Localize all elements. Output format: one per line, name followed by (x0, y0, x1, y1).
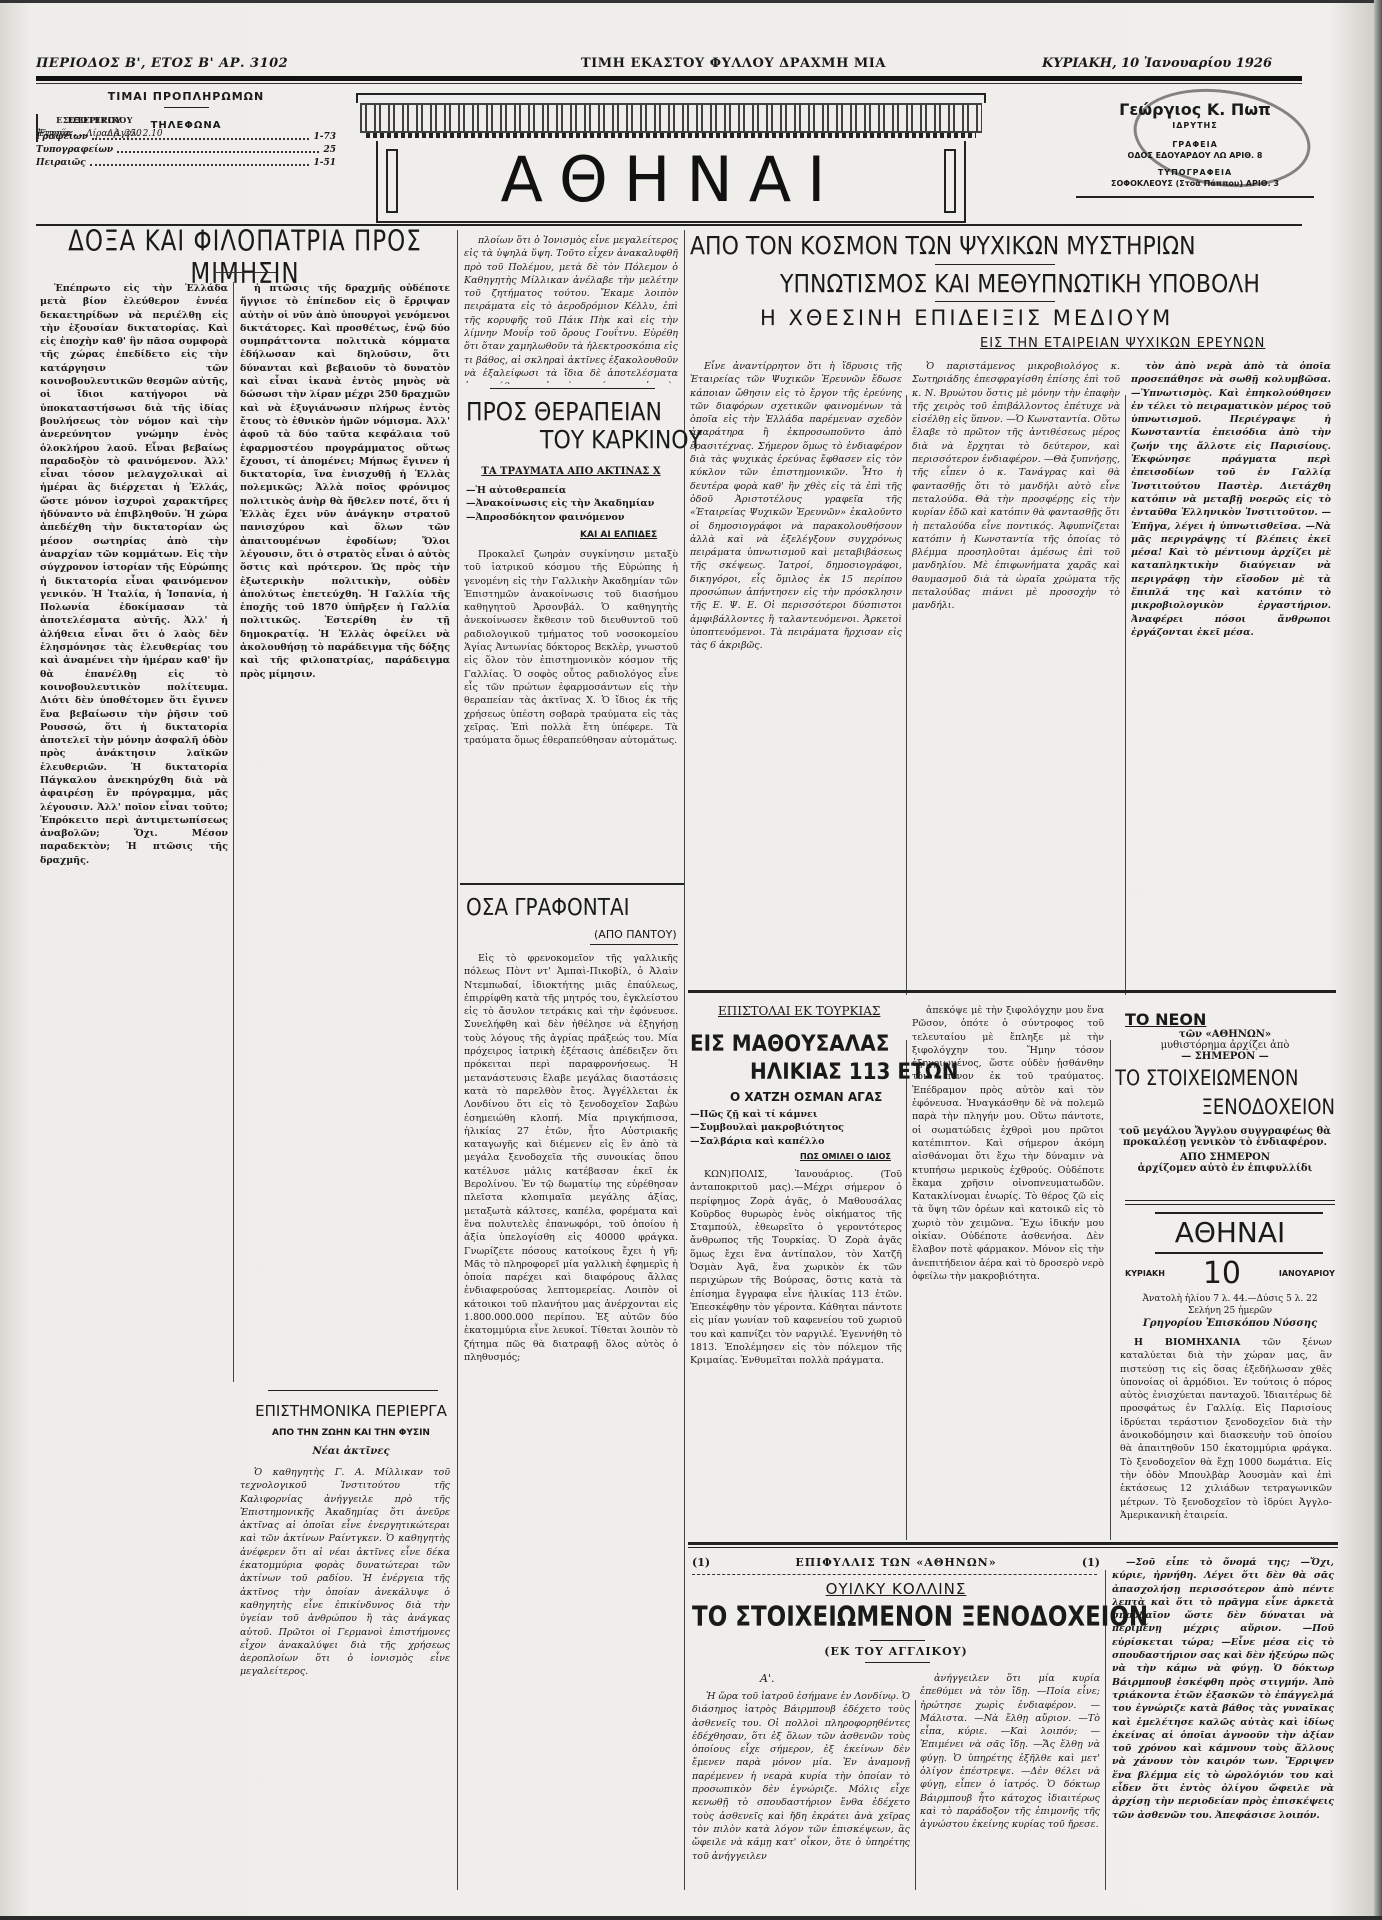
section-divider (490, 388, 655, 389)
bullet-item: —Συμβουλαὶ μακροβιότητος (690, 1121, 902, 1134)
price-line: ΤΙΜΗ ΕΚΑΣΤΟΥ ΦΥΛΛΟΥ ΔΡΑΧΜΗ ΜΙΑ (581, 56, 886, 71)
issue-line: ΠΕΡΙΟΔΟΣ Β', ΕΤΟΣ Β' ΑΡ. 3102 (36, 56, 288, 71)
serial-title: ΤΟ ΣΤΟΙΧΕΙΩΜΕΝΟΝ ΞΕΝΟΔΟΧΕΙΟΝ (692, 1601, 1100, 1632)
promo-title-1: ΤΟ ΣΤΟΙΧΕΙΩΜΕΝΟΝ (1115, 1066, 1335, 1091)
psychic-headline-2: ΥΠΝΩΤΙΣΜΟΣ ΚΑΙ ΜΕΘΥΠΝΩΤΙΚΗ ΥΠΟΒΟΛΗ (780, 270, 1260, 299)
prices-heading: ΤΙΜΑΙ ΠΡΟΠΛΗΡΩΜΩΝ (36, 90, 336, 103)
almanac-weekday: ΚΥΡΙΑΚΗ (1125, 1269, 1165, 1278)
promo-line-1: τῶν «ΑΘΗΝΩΝ» (1115, 1029, 1335, 1040)
article-text: Ἡ ὥρα τοῦ ἰατροῦ ἐσήμανε ἐν Λονδίνῳ. Ὁ δ… (692, 1690, 910, 1863)
promo-line-3: — ΣΗΜΕΡΟΝ — (1115, 1051, 1335, 1062)
serial-subtitle: (ΕΚ ΤΟΥ ΑΓΓΛΙΚΟΥ) (692, 1645, 1100, 1658)
phone-value: 1-73 (313, 131, 336, 144)
science-headline: ΕΠΙΣΤΗΜΟΝΙΚΑ ΠΕΡΙΕΡΓΑ (246, 1402, 456, 1420)
article-text: πλοίων ὅτι ὁ Ἰονισμὸς εἶνε μεγαλείτερος … (464, 234, 678, 384)
phone-value: 1-51 (313, 157, 336, 170)
cancer-headline-1: ΠΡΟΣ ΘΕΡΑΠΕΙΑΝ (466, 398, 662, 427)
column-divider (915, 1700, 916, 1890)
article-text: Ὁ καθηγητὴς Γ. Α. Μίλλικαν τοῦ τεχνολογι… (240, 1466, 450, 1679)
page-bottom-edge (0, 1916, 1382, 1920)
misc-subhead: (ΑΠΟ ΠΑΝΤΟΥ) (594, 928, 677, 941)
cancer-subhead: ΤΑ ΤΡΑΥΜΑΤΑ ΑΠΟ ΑΚΤΙΝΑΣ Χ (464, 466, 678, 477)
publisher-info: Γεώργιος Κ. Πωπ ΙΔΡΥΤΗΣ ΓΡΑΦΕΙΑ ΟΔΟΣ ΕΔΟ… (1070, 100, 1320, 198)
cancer-bullets: —Ἡ αὐτοθεραπεία —Ἀνακοίνωσις εἰς τὴν Ἀκα… (466, 484, 680, 528)
turkey-headline-1: ΕΙΣ ΜΑΘΟΥΣΑΛΑΣ (690, 1030, 889, 1056)
phone-row: Πειραιῶς1-51 (36, 157, 336, 170)
headline-underline (935, 301, 1055, 302)
turkey-col-1: ΚΩΝ)ΠΟΛΙΣ, Ἰανουάριος. (Τοῦ ἀνταποκριτοῦ… (690, 1168, 902, 1538)
phone-value: 25 (323, 144, 336, 157)
masthead-rule-thin (36, 83, 1302, 84)
misc-article: Εἰς τὸ φρενοκομεῖον τῆς γαλλικῆς πόλεως … (464, 952, 678, 1886)
almanac-lead: Η ΒΙΟΜΗΧΑΝΙΑ (1134, 1337, 1240, 1348)
serial-number: (1) (692, 1556, 710, 1569)
foreign-price: ΕΞΩΤΕΡΙΚΟΥ Ἐτησία . . Λίραι Ἀγγλ. 2.10 (36, 114, 163, 142)
promo-description: τοῦ μεγάλου Ἄγγλου συγγραφέως θὰ προκαλέ… (1115, 1126, 1335, 1148)
article-text: Ἐπέπρωτο εἰς τὴν Ἑλλάδα μετὰ βίον ἐλεύθε… (40, 282, 228, 867)
column-divider (684, 230, 685, 1890)
section-divider (1155, 1212, 1323, 1214)
section-divider (1125, 1204, 1335, 1205)
serial-col-3: —Σοῦ εἶπε τὸ ὄνομά της; —Ὄχι, κύριε, ἠρν… (1112, 1556, 1334, 1886)
serial-author: ΟΥΙΛΚΥ ΚΟΛΛΙΝΣ (692, 1580, 1100, 1598)
column-divider (906, 395, 907, 995)
serial-chapter: Α'. (760, 1672, 774, 1685)
page-top-edge (0, 0, 1382, 3)
phone-label: Τυπογραφείων (36, 144, 113, 157)
article-text: Προκαλεῖ ζωηρὰν συγκίνησιν μεταξὺ τοῦ ἰα… (464, 548, 678, 747)
lead-article-col-2: ἡ πτῶσις τῆς δραχμῆς οὐδέποτε ἤγγισε τὸ … (240, 282, 450, 1367)
serial-label: ΕΠΙΦΥΛΛΙΣ ΤΩΝ «ΑΘΗΝΩΝ» (795, 1556, 996, 1569)
article-text: τὸν ἀπὸ νερὰ ἀπὸ τὰ ὁποῖα προσεπάθησε νὰ… (1131, 360, 1331, 639)
lead-article-col-1: Ἐπέπρωτο εἰς τὴν Ἑλλάδα μετὰ βίον ἐλεύθε… (40, 282, 228, 1886)
almanac-title: ΑΘΗΝΑΙ (1125, 1216, 1335, 1249)
bullet-item: —Σαλβάρια καὶ καπέλλο (690, 1135, 902, 1148)
publisher-name: Γεώργιος Κ. Πωπ (1070, 100, 1320, 119)
press-address: ΣΟΦΟΚΛΕΟΥΣ (Στοὰ Πάππου) ΑΡΙΘ. 3 (1070, 179, 1320, 188)
promo-line-2: μυθιστόρημα ἀρχίζει ἀπὸ (1115, 1040, 1335, 1051)
section-divider (688, 1542, 1338, 1545)
article-text: τῶν ξένων καταλύεται διὰ τὴν χώραν μας, … (1120, 1337, 1332, 1521)
foreign-label: ΕΞΩΤΕΡΙΚΟΥ (38, 114, 163, 127)
misc-headline: ΟΣΑ ΓΡΑΦΟΝΤΑΙ (466, 893, 630, 921)
almanac-date: ΚΥΡΙΑΚΗ 10 ΙΑΝΟΥΑΡΙΟΥ (1125, 1256, 1335, 1291)
subhead-underline (590, 944, 678, 945)
section-divider (688, 990, 1336, 993)
article-text: Εἰς τὸ φρενοκομεῖον τῆς γαλλικῆς πόλεως … (464, 952, 678, 1364)
bullet-item: —Πῶς ζῇ καὶ τί κάμνει (690, 1108, 902, 1121)
serial-col-2: ἀνήγγειλεν ὅτι μία κυρία ἐπεθύμει νὰ τὸν… (920, 1672, 1100, 1886)
date-line: ΚΥΡΙΑΚΗ, 10 Ἰανουαρίου 1926 (1042, 56, 1272, 71)
almanac-saint: Γρηγορίου Ἐπισκόπου Νύσσης (1125, 1318, 1335, 1329)
subtitle-underline (865, 1662, 930, 1663)
article-text: ἡ πτῶσις τῆς δραχμῆς οὐδέποτε ἤγγισε τὸ … (240, 282, 450, 681)
article-text: Ὁ παριστάμενος μικροβιολόγος κ. Σωτηριάδ… (912, 360, 1120, 613)
psychic-subhead: ΕΙΣ ΤΗΝ ΕΤΑΙΡΕΙΑΝ ΨΥΧΙΚΩΝ ΕΡΕΥΝΩΝ (980, 336, 1265, 351)
cancer-article: Προκαλεῖ ζωηρὰν συγκίνησιν μεταξὺ τοῦ ἰα… (464, 548, 678, 880)
masthead-rule (36, 76, 1302, 81)
turkey-bullets: —Πῶς ζῇ καὶ τί κάμνει —Συμβουλαὶ μακροβι… (690, 1108, 902, 1150)
divider (164, 107, 209, 108)
wavy-divider (692, 1574, 1097, 1576)
page-right-edge (1374, 0, 1382, 1920)
turkey-kicker: ΠΩΣ ΟΜΙΛΕΙ Ο ΙΔΙΟΣ (800, 1152, 891, 1161)
section-divider (1125, 1200, 1335, 1201)
article-text: ΚΩΝ)ΠΟΛΙΣ, Ἰανουάριος. (Τοῦ ἀνταποκριτοῦ… (690, 1168, 902, 1367)
promo-label: ΤΟ ΝΕΟΝ (1125, 1010, 1335, 1029)
title-underline (870, 1640, 925, 1641)
foreign-value: Ἐτησία . . Λίραι Ἀγγλ. 2.10 (38, 129, 163, 139)
article-text: ἀπεκόψε μὲ τὴν ξιφολόγχην μου ἕνα Ρῶσον,… (912, 1004, 1104, 1283)
section-divider (1155, 1252, 1323, 1254)
bullet-item: —Ἡ αὐτοθεραπεία (466, 484, 680, 497)
article-text: ἀνήγγειλεν ὅτι μία κυρία ἐπεθύμει νὰ τὸν… (920, 1672, 1100, 1832)
lead-headline: ΔΟΞΑ ΚΑΙ ΦΙΛΟΠΑΤΡΙΑ ΠΡΟΣ ΜΙΜΗΣΙΝ (40, 226, 450, 291)
serial-col-1: Ἡ ὥρα τοῦ ἰατροῦ ἐσήμανε ἐν Λονδίνῳ. Ὁ δ… (692, 1690, 910, 1886)
psychic-headline-1: ΑΠΟ ΤΟΝ ΚΟΣΜΟΝ ΤΩΝ ΨΥΧΙΚΩΝ ΜΥΣΤΗΡΙΩΝ (690, 232, 1196, 261)
article-text: Εἶνε ἀναντίρρητον ὅτι ἡ ἵδρυσις τῆς Ἑται… (690, 360, 902, 653)
newspaper-page: ΠΕΡΙΟΔΟΣ Β', ΕΤΟΣ Β' ΑΡ. 3102 ΤΙΜΗ ΕΚΑΣΤ… (0, 0, 1382, 1920)
almanac-day: 10 (1203, 1256, 1241, 1291)
almanac-moon: Σελήνη 25 ἡμερῶν (1125, 1306, 1335, 1316)
turkey-col-2: ἀπεκόψε μὲ τὴν ξιφολόγχην μου ἕνα Ρῶσον,… (912, 1004, 1104, 1538)
psychic-col-1: Εἶνε ἀναντίρρητον ὅτι ἡ ἵδρυσις τῆς Ἑται… (690, 360, 902, 975)
headline-underline (935, 264, 1055, 265)
almanac-sun: Ἀνατολὴ ἡλίου 7 λ. 44.—Δύσις 5 λ. 22 (1125, 1294, 1335, 1304)
psychic-col-2: Ὁ παριστάμενος μικροβιολόγος κ. Σωτηριάδ… (912, 360, 1120, 975)
promo-cta-2: ἀρχίζομεν αὐτὸ ἐν ἐπιφυλλίδι (1115, 1163, 1335, 1174)
psychic-headline-3: Η ΧΘΕΣΙΝΗ ΕΠΙΔΕΙΞΙΣ ΜΕΔΙΟΥΜ (760, 306, 1173, 330)
column-divider (1110, 1040, 1111, 1540)
serial-number: (1) (1082, 1556, 1100, 1569)
column-divider (906, 1040, 907, 1540)
section-divider (268, 1390, 438, 1391)
science-subhead: ΑΠΟ ΤΗΝ ΖΩΗΝ ΚΑΙ ΤΗΝ ΦΥΣΙΝ (246, 1428, 456, 1438)
subscription-prices: ΤΙΜΑΙ ΠΡΟΠΛΗΡΩΜΩΝ ΕΣΩΤΕΡΙΚΟΥ Ἐτησία . . … (36, 90, 336, 170)
novel-promo-box: ΤΟ ΝΕΟΝ τῶν «ΑΘΗΝΩΝ» μυθιστόρημα ἀρχίζει… (1115, 1010, 1335, 1174)
section-divider (460, 883, 684, 885)
science-article-continued: πλοίων ὅτι ὁ Ἰονισμὸς εἶνε μεγαλείτερος … (464, 234, 678, 384)
turkey-label: ΕΠΙΣΤΟΛΑΙ ΕΚ ΤΟΥΡΚΙΑΣ (718, 1004, 880, 1018)
column-divider (1125, 395, 1126, 995)
promo-title-2: ΞΕΝΟΔΟΧΕΙΟΝ (1115, 1095, 1335, 1120)
article-text: —Σοῦ εἶπε τὸ ὄνομά της; —Ὄχι, κύριε, ἠρν… (1112, 1556, 1334, 1822)
bullet-item: —Ἀπροσδόκητον φαινόμενον (466, 511, 680, 524)
offices-label: ΓΡΑΦΕΙΑ (1070, 138, 1320, 151)
cancer-kicker: ΚΑΙ ΑΙ ΕΛΠΙΔΕΣ (580, 530, 657, 540)
almanac-month: ΙΑΝΟΥΑΡΙΟΥ (1279, 1269, 1335, 1278)
cancer-headline-2: ΤΟΥ ΚΑΡΚΙΝΟΥ (540, 426, 702, 455)
publisher-role: ΙΔΡΥΤΗΣ (1070, 119, 1320, 132)
newspaper-title: ΑΘΗΝΑΙ (356, 143, 986, 216)
greek-frieze-ornament (360, 103, 982, 133)
offices-address: ΟΔΟΣ ΕΔΟΥΑΡΔΟΥ ΛΩ ΑΡΙΘ. 8 (1070, 151, 1320, 160)
masthead-temple-ornament: ΑΘΗΝΑΙ (356, 93, 986, 223)
press-label: ΤΥΠΟΓΡΑΦΕΙΑ (1070, 166, 1320, 179)
science-article: Ὁ καθηγητὴς Γ. Α. Μίλλικαν τοῦ τεχνολογι… (240, 1466, 450, 1886)
science-kicker: Νέαι ἀκτῖνες (246, 1446, 456, 1457)
phone-row: Τυπογραφείων25 (36, 144, 336, 157)
masthead-top-line: ΠΕΡΙΟΔΟΣ Β', ΕΤΟΣ Β' ΑΡ. 3102 ΤΙΜΗ ΕΚΑΣΤ… (36, 56, 1302, 76)
section-divider (688, 1547, 1338, 1548)
serial-label-bar: (1) ΕΠΙΦΥΛΛΙΣ ΤΩΝ «ΑΘΗΝΩΝ» (1) (692, 1556, 1100, 1569)
headline-underline (214, 272, 276, 273)
almanac-article: Η ΒΙΟΜΗΧΑΝΙΑ τῶν ξένων καταλύεται διὰ τὴ… (1120, 1336, 1332, 1536)
psychic-col-3: τὸν ἀπὸ νερὰ ἀπὸ τὰ ὁποῖα προσεπάθησε νὰ… (1131, 360, 1331, 975)
turkey-subhead: Ο ΧΑΤΖΗ ΟΣΜΑΝ ΑΓΑΣ (730, 1090, 882, 1104)
promo-cta-1: ΑΠΟ ΣΗΜΕΡΟΝ (1115, 1152, 1335, 1163)
phone-label: Πειραιῶς (36, 157, 86, 170)
bullet-item: —Ἀνακοίνωσις εἰς τὴν Ἀκαδημίαν (466, 497, 680, 510)
column-divider (457, 230, 458, 1890)
column-divider (233, 282, 234, 1382)
